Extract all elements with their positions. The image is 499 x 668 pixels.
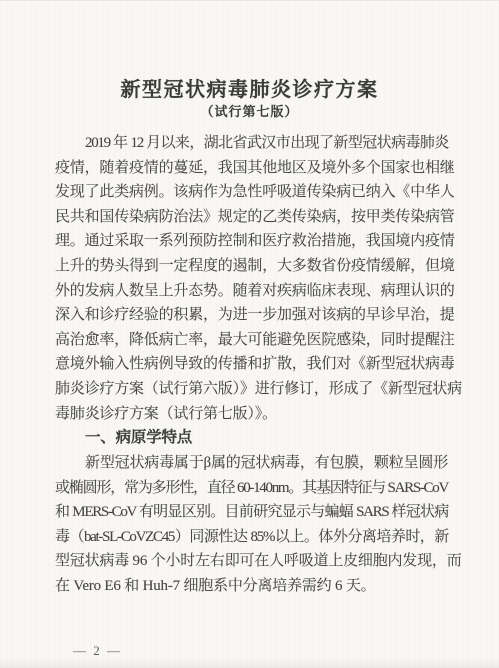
document-subtitle: （试行第七版） (0, 101, 499, 120)
body-line: 肺炎诊疗方案（试行第六版）》进行修订，形成了《新型冠状病 (55, 377, 448, 402)
body-line: 和 MERS-CoV 有明显区别。目前研究显示与蝙蝠 SARS 样冠状病 (55, 500, 448, 525)
body-line: 型冠状病毒 96 个小时左右即可在人呼吸道上皮细胞内发现，而 (55, 549, 448, 574)
body-line: 深入和诊疗经验的积累，为进一步加强对该病的早诊早治，提 (55, 303, 448, 328)
body-line: 毒肺炎诊疗方案（试行第七版）》。 (55, 402, 448, 427)
body-line: 或椭圆形，常为多形性，直径 60-140nm。其基因特征与 SARS-CoV (55, 476, 448, 501)
body-line: 疫情，随着疫情的蔓延，我国其他地区及境外多个国家也相继 (55, 156, 448, 181)
page-number: — 2 — (73, 643, 122, 659)
body-line: 理。通过采取一系列预防控制和医疗救治措施，我国境内疫情 (55, 229, 448, 254)
body-line: 在 Vero E6 和 Huh-7 细胞系中分离培养需约 6 天。 (55, 574, 448, 599)
document-page: 新型冠状病毒肺炎诊疗方案 （试行第七版） 2019 年 12 月以来，湖北省武汉… (0, 0, 499, 668)
body-line: 上升的势头得到一定程度的遏制，大多数省份疫情缓解，但境 (55, 254, 448, 279)
body-line: 2019 年 12 月以来，湖北省武汉市出现了新型冠状病毒肺炎 (55, 131, 448, 156)
body-line: 外的发病人数呈上升态势。随着对疾病临床表现、病理认识的 (55, 279, 448, 304)
section-heading: 一、病原学特点 (55, 426, 448, 451)
body-line: 高治愈率，降低病亡率，最大可能避免医院感染，同时提醒注 (55, 328, 448, 353)
body-line: 发现了此类病例。该病作为急性呼吸道传染病已纳入《中华人 (55, 180, 448, 205)
body-line: 毒（bat-SL-CoVZC45）同源性达 85%以上。体外分离培养时，新 (55, 525, 448, 550)
document-body: 2019 年 12 月以来，湖北省武汉市出现了新型冠状病毒肺炎 疫情，随着疫情的… (55, 131, 448, 599)
body-line: 新型冠状病毒属于β属的冠状病毒，有包膜，颗粒呈圆形 (55, 451, 448, 476)
document-title: 新型冠状病毒肺炎诊疗方案 (0, 73, 499, 102)
body-line: 民共和国传染病防治法》规定的乙类传染病，按甲类传染病管 (55, 205, 448, 230)
body-line: 意境外输入性病例导致的传播和扩散，我们对《新型冠状病毒 (55, 352, 448, 377)
